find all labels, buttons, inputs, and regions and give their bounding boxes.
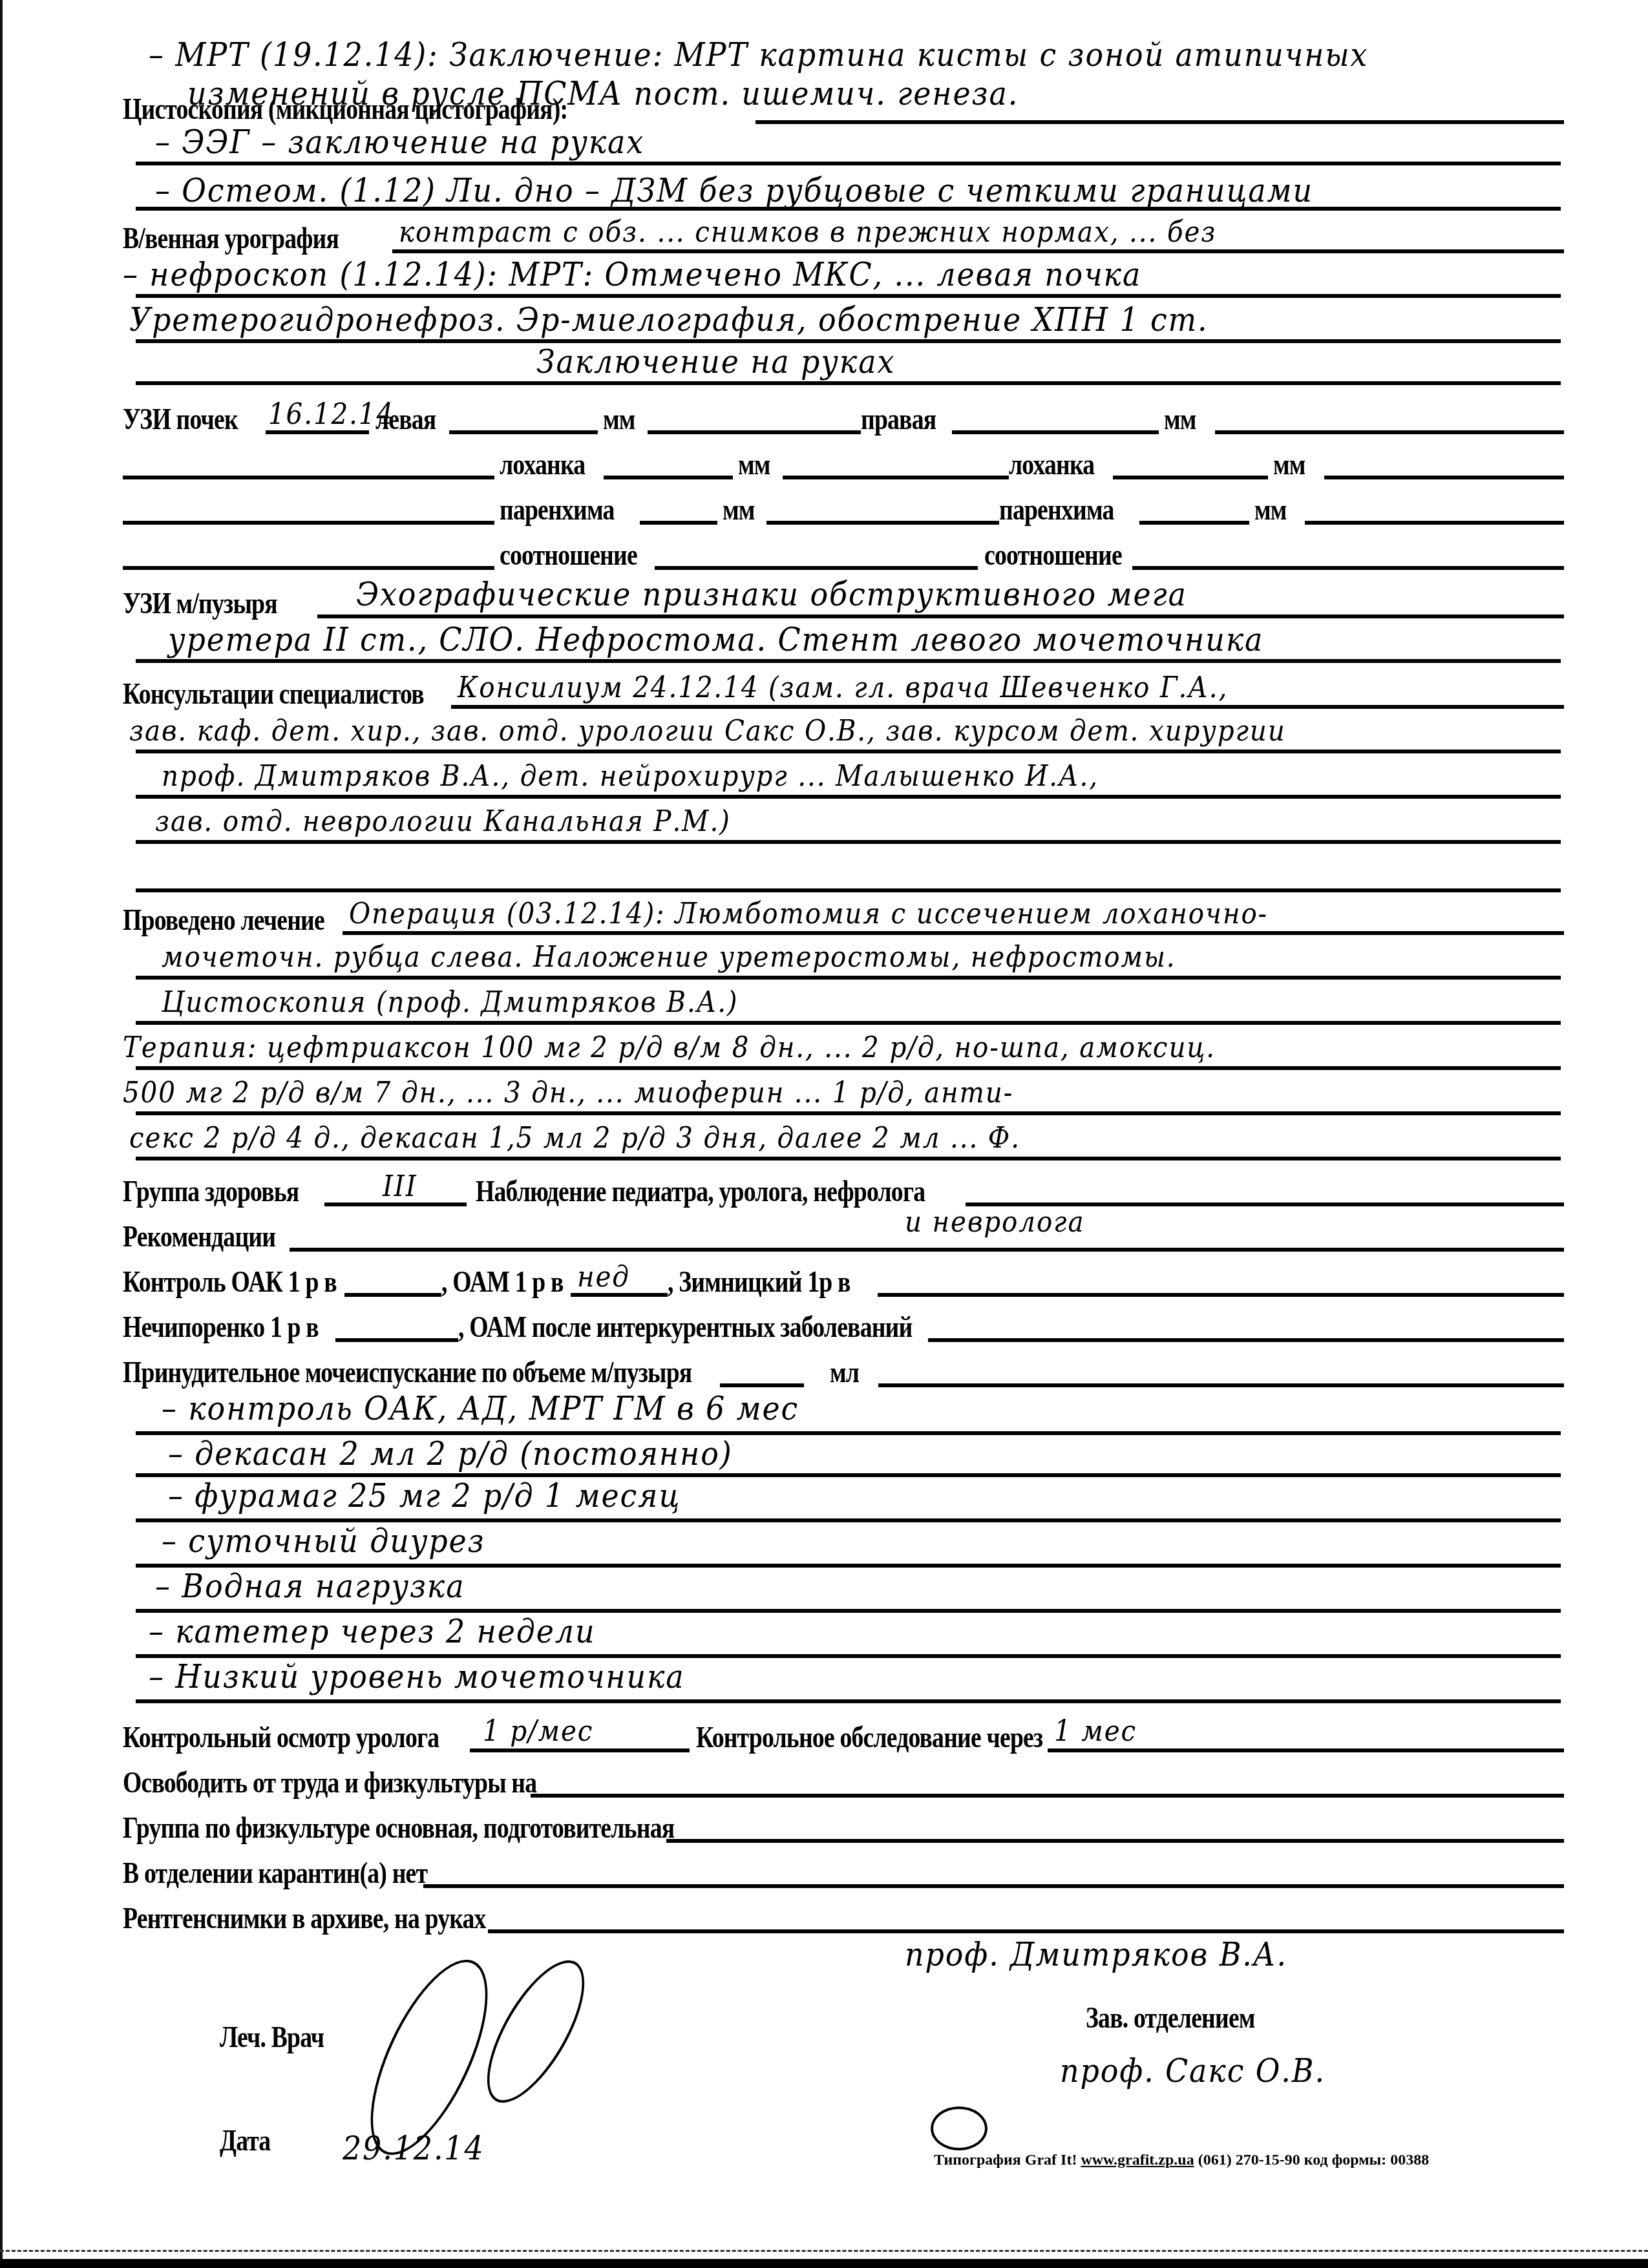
hw-rec1: – контроль ОАК, АД, МРТ ГМ в 6 мес: [162, 1392, 799, 1425]
zimnitsky-field[interactable]: [878, 1263, 1564, 1297]
consult-field[interactable]: Консилиум 24.12.14 (зам. гл. врача Шевче…: [451, 675, 1564, 709]
xray-label: Рентгенснимки в архиве, на руках: [123, 1904, 486, 1933]
doctor-signature-stroke: [469, 1946, 604, 2117]
cystoscopy-field[interactable]: [755, 90, 1564, 124]
consult-row: Консультации специалистов Консилиум 24.1…: [123, 675, 1564, 709]
ratio-prefix-field[interactable]: [123, 536, 494, 570]
mm-unit: мм: [1273, 450, 1305, 479]
scan-dashed-line: [0, 2250, 1648, 2252]
hw-treat-line4: Терапия: цефтриаксон 100 мг 2 р/д в/м 8 …: [123, 1034, 1216, 1062]
hw-head-name: проф. Сакс О.В.: [1060, 2055, 1326, 2087]
release-field[interactable]: [531, 1764, 1564, 1798]
parenchyma-row: паренхима мм паренхима мм: [123, 491, 1564, 525]
scan-bottom-edge: [0, 2259, 1648, 2268]
xray-row: Рентгенснимки в архиве, на руках: [123, 1900, 1564, 1933]
oam-label: , ОАМ 1 р в: [441, 1267, 564, 1297]
head-label: Зав. отделением: [1086, 2003, 1255, 2033]
ruled-line: [136, 659, 1561, 663]
scan-edge: [0, 0, 3, 2268]
left-pelvis-field[interactable]: [604, 446, 733, 479]
ruled-line: [136, 207, 1561, 211]
left-pelvis-label: лоханка: [500, 450, 585, 479]
hw-consult-line1: Консилиум 24.12.14 (зам. гл. врача Шевче…: [458, 674, 1228, 702]
pe-group-row: Группа по физкультуре основная, подготов…: [123, 1809, 1564, 1843]
oam-after-label: , ОАМ после интеркурентных заболеваний: [458, 1312, 912, 1342]
ruled-line: [136, 381, 1561, 385]
xray-field[interactable]: [488, 1900, 1564, 1933]
kidney-us-label: УЗИ почек: [123, 404, 238, 434]
parenchyma-prefix-field[interactable]: [123, 491, 494, 525]
observation-field[interactable]: [966, 1173, 1564, 1206]
kidney-us-row: УЗИ почек 16.12.14 левая мм правая мм: [123, 401, 1564, 434]
treatment-label: Проведено лечение: [123, 905, 324, 935]
treatment-field[interactable]: Операция (03.12.14): Люмботомия с иссече…: [343, 901, 1564, 935]
ruled-line: [136, 294, 1561, 298]
hw-mri-line1: – МРТ (19.12.14): Заключение: МРТ картин…: [149, 39, 1368, 71]
right-ratio-field[interactable]: [1132, 536, 1564, 570]
mm-unit: мм: [1164, 404, 1196, 434]
ruled-line: [136, 795, 1561, 799]
bladder-us-label: УЗИ м/пузыря: [123, 589, 277, 618]
observation-label: Наблюдение педиатра, уролога, нефролога: [476, 1177, 925, 1206]
ruled-line: [136, 1111, 1561, 1115]
right-parenchyma-field[interactable]: [1139, 491, 1249, 525]
control-oak-row: Контроль ОАК 1 р в , ОАМ 1 р в нед , Зим…: [123, 1263, 1564, 1297]
doctor-label: Леч. Врач: [220, 2022, 324, 2052]
hw-cysto-line: – Остеом. (1.12) Ли. дно – ДЗМ без рубцо…: [155, 174, 1313, 207]
hw-treat-line2: мочеточн. рубца слева. Наложение уретеро…: [162, 943, 1176, 972]
recommendations-field[interactable]: [290, 1218, 1564, 1252]
zimnitsky-label: , Зимницкий 1р в: [668, 1267, 850, 1297]
hw-eeg: – ЭЭГ – заключение на руках: [155, 126, 644, 158]
printer-imprint: Типография Graf It! www.grafit.zp.ua (06…: [934, 2152, 1429, 2169]
hw-rec3: – фурамаг 25 мг 2 р/д 1 месяц: [168, 1480, 681, 1512]
hw-conclusion: Заключение на руках: [536, 346, 895, 378]
quarantine-label: В отделении карантин(а) нет: [123, 1858, 427, 1888]
iv-urography-field[interactable]: контраст с обз. ... снимков в прежних но…: [392, 220, 1564, 253]
ruled-line: [136, 162, 1561, 165]
recommendations-label: Рекомендации: [123, 1222, 275, 1252]
nechiporenko-field[interactable]: [335, 1308, 458, 1342]
bladder-us-field[interactable]: Эхографические признаки обструктивного м…: [317, 585, 1564, 618]
left-pelvis-extra-field[interactable]: [783, 446, 1009, 479]
ruled-line: [136, 1066, 1561, 1070]
release-row: Освободить от труда и физкультуры на: [123, 1764, 1564, 1798]
consult-label: Консультации специалистов: [123, 679, 424, 709]
forced-urination-row: Принудительное мочеиспускание по объеме …: [123, 1354, 1564, 1387]
hw-consult-line4: зав. отд. неврологии Канальная Р.М.): [155, 808, 731, 836]
quarantine-field[interactable]: [423, 1854, 1564, 1888]
nechiporenko-row: Нечипоренко 1 р в , ОАМ после интеркурен…: [123, 1308, 1564, 1342]
hw-rec5: – Водная нагрузка: [155, 1570, 465, 1602]
oam-field[interactable]: нед: [571, 1263, 668, 1297]
health-group-label: Группа здоровья: [123, 1177, 299, 1206]
urologist-control-field[interactable]: 1 р/мес: [470, 1719, 690, 1752]
right-kidney-field[interactable]: [952, 401, 1159, 434]
hw-urologist-control: 1 р/мес: [483, 1717, 593, 1746]
hw-nephrogram: – нефроскоп (1.12.14): МРТ: Отмечено МКС…: [123, 258, 1141, 291]
hw-date: 29.12.14: [343, 2132, 485, 2165]
recommendations-row: Рекомендации: [123, 1218, 1564, 1252]
right-pelvis-field[interactable]: [1113, 446, 1268, 479]
nechiporenko-label: Нечипоренко 1 р в: [123, 1312, 319, 1342]
kidney-us-date-field[interactable]: 16.12.14: [266, 401, 369, 434]
pelvis-prefix-field[interactable]: [123, 446, 494, 479]
urologist-control-row: Контрольный осмотр уролога 1 р/мес Контр…: [123, 1719, 1564, 1752]
health-group-field[interactable]: III: [324, 1173, 467, 1206]
iv-urography-row: В/венная урография контраст с обз. ... с…: [123, 220, 1564, 253]
imprint-url: www.grafit.zp.ua: [1081, 2152, 1194, 2168]
ruled-line: [136, 1157, 1561, 1160]
right-kidney-extra-field[interactable]: [1215, 401, 1564, 434]
release-label: Освободить от труда и физкультуры на: [123, 1768, 536, 1798]
treatment-row: Проведено лечение Операция (03.12.14): Л…: [123, 901, 1564, 935]
left-kidney-label: левая: [375, 404, 436, 434]
oam-after-field[interactable]: [928, 1308, 1564, 1342]
left-parenchyma-extra-field[interactable]: [766, 491, 999, 525]
hw-treat-line5: 500 мг 2 р/д в/м 7 дн., ... 3 дн., ... м…: [123, 1079, 1013, 1108]
ruled-line: [136, 888, 1561, 892]
hw-control-exam: 1 мес: [1054, 1717, 1137, 1746]
control-oak-field[interactable]: [344, 1263, 441, 1297]
ruled-line: [136, 840, 1561, 844]
health-group-row: Группа здоровья III Наблюдение педиатра,…: [123, 1173, 1564, 1206]
imprint-prefix: Типография Graf It!: [934, 2152, 1077, 2168]
right-kidney-label: правая: [861, 404, 936, 434]
pelvis-row: лоханка мм лоханка мм: [123, 446, 1564, 479]
control-exam-field[interactable]: 1 мес: [1048, 1719, 1564, 1752]
control-oak-label: Контроль ОАК 1 р в: [123, 1267, 337, 1297]
left-ratio-label: соотношение: [500, 540, 637, 570]
hw-bladder-line1: Эхографические признаки обструктивного м…: [356, 578, 1187, 611]
hw-consult-line3: проф. Дмитряков В.А., дет. нейрохирург .…: [162, 762, 1099, 791]
right-parenchyma-extra-field[interactable]: [1305, 491, 1564, 525]
mm-unit: мм: [1254, 495, 1287, 525]
hw-consult-line2: зав. каф. дет. хир., зав. отд. урологии …: [129, 717, 1286, 746]
iv-urography-label: В/венная урография: [123, 224, 339, 253]
hw-health-group: III: [383, 1173, 417, 1201]
pe-group-label: Группа по физкультуре основная, подготов…: [123, 1813, 674, 1843]
hw-rec6: – катетер через 2 недели: [149, 1615, 595, 1648]
hw-rec7: – Низкий уровень мочеточника: [149, 1661, 685, 1693]
mm-unit: мм: [603, 404, 635, 434]
pe-group-field[interactable]: [666, 1809, 1564, 1843]
hw-oam: нед: [577, 1263, 630, 1292]
hw-rec4: – суточный диурез: [162, 1525, 485, 1557]
ruled-line: [136, 1021, 1561, 1025]
right-ratio-label: соотношение: [984, 540, 1122, 570]
urologist-control-label: Контрольный осмотр уролога: [123, 1723, 439, 1752]
quarantine-row: В отделении карантин(а) нет: [123, 1854, 1564, 1888]
right-parenchyma-label: паренхима: [999, 495, 1114, 525]
ruled-line: [136, 750, 1561, 753]
right-pelvis-extra-field[interactable]: [1324, 446, 1564, 479]
mm-unit: мм: [723, 495, 755, 525]
mm-unit: мм: [738, 450, 770, 479]
cystoscopy-row: Цистоскопия (микционная цистография):: [123, 90, 1564, 124]
hw-iv-urography: контраст с обз. ... снимков в прежних но…: [399, 218, 1216, 247]
date-label: Дата: [220, 2126, 270, 2156]
left-kidney-extra-field[interactable]: [648, 401, 861, 434]
cystoscopy-label: Цистоскопия (микционная цистография):: [123, 94, 567, 124]
left-ratio-field[interactable]: [655, 536, 978, 570]
ruled-line: [136, 1699, 1561, 1703]
forced-urination-field[interactable]: [720, 1354, 804, 1387]
left-parenchyma-field[interactable]: [640, 491, 717, 525]
ratio-row: соотношение соотношение: [123, 536, 1564, 570]
hw-treat-line6: секс 2 р/д 4 д., декасан 1,5 мл 2 р/д 3 …: [129, 1124, 1020, 1153]
head-signature-loop: [931, 2106, 988, 2150]
hw-bladder-line2: уретера II ст., СЛО. Нефростома. Стент л…: [168, 624, 1263, 656]
hw-treat-line1: Операция (03.12.14): Люмботомия с иссече…: [349, 900, 1268, 929]
hw-treat-line3: Цистоскопия (проф. Дмитряков В.А.): [162, 989, 739, 1017]
left-parenchyma-label: паренхима: [500, 495, 615, 525]
forced-urination-extra-field[interactable]: [878, 1354, 1564, 1387]
ruled-line: [136, 976, 1561, 980]
control-exam-label: Контрольное обследование через: [696, 1723, 1042, 1752]
bladder-us-row: УЗИ м/пузыря Эхографические признаки обс…: [123, 585, 1564, 618]
ml-unit: мл: [830, 1358, 859, 1387]
hw-head-signature-note: проф. Дмитряков В.А.: [905, 1938, 1287, 1971]
hw-rec2: – декасан 2 мл 2 р/д (постоянно): [168, 1438, 732, 1470]
imprint-suffix: (061) 270-15-90 код формы: 00388: [1198, 2152, 1430, 2168]
right-pelvis-label: лоханка: [1009, 450, 1094, 479]
hw-uretero: Уретерогидронефроз. Эр-миелография, обос…: [129, 304, 1208, 336]
left-kidney-field[interactable]: [449, 401, 598, 434]
forced-urination-label: Принудительное мочеиспускание по объеме …: [123, 1358, 692, 1387]
